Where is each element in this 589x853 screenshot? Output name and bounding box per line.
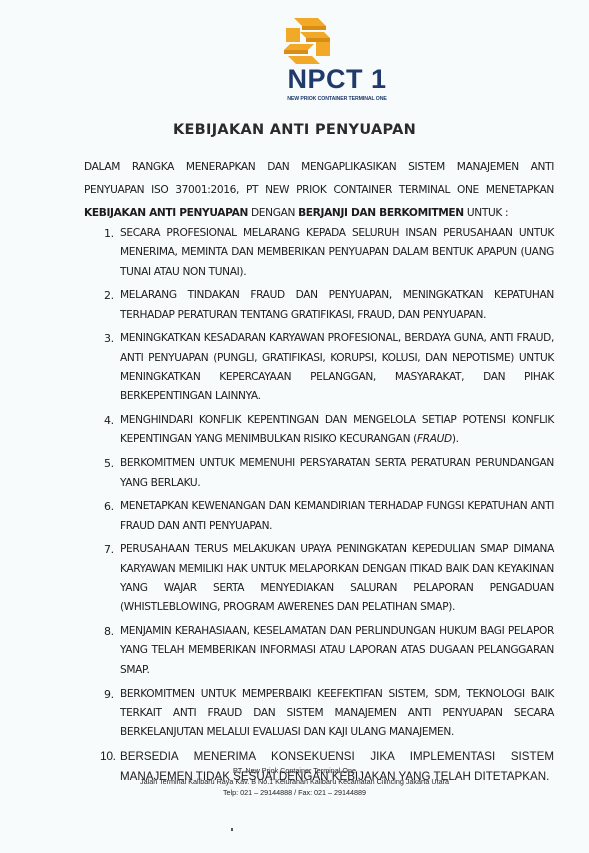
intro-bold-policy: KEBIJAKAN ANTI PENYUAPAN (84, 207, 248, 219)
policy-item: 2.MELARANG TINDAKAN FRAUD DAN PENYUAPAN,… (92, 286, 554, 325)
item-text: SECARA PROFESIONAL MELARANG KEPADA SELUR… (120, 227, 554, 278)
item-text: MENETAPKAN KEWENANGAN DAN KEMANDIRIAN TE… (120, 500, 554, 531)
policy-item: 7.PERUSAHAAN TERUS MELAKUKAN UPAYA PENIN… (92, 540, 554, 617)
item-italic-fraud: FRAUD (417, 433, 452, 445)
logo-tagline: NEW PRIOK CONTAINER TERMINAL ONE (262, 96, 412, 102)
policy-item: 5.BERKOMITMEN UNTUK MEMENUHI PERSYARATAN… (92, 454, 554, 493)
item-text: MENGHINDARI KONFLIK KEPENTINGAN DAN MENG… (120, 414, 554, 445)
policy-item: 6.MENETAPKAN KEWENANGAN DAN KEMANDIRIAN … (92, 497, 554, 536)
item-number: 1. (104, 224, 114, 243)
npct1-cube-logo-icon (280, 16, 336, 66)
policy-item: 8.MENJAMIN KERAHASIAAN, KESELAMATAN DAN … (92, 622, 554, 680)
intro-bold-commitment: BERJANJI DAN BERKOMITMEN (298, 207, 464, 219)
item-number: 3. (104, 329, 114, 348)
item-text: BERKOMITMEN UNTUK MEMPERBAIKI KEEFEKTIFA… (120, 688, 554, 739)
item-number: 9. (104, 685, 114, 704)
policy-items-list: 1.SECARA PROFESIONAL MELARANG KEPADA SEL… (92, 224, 554, 792)
policy-document-page: NPCT 1 NEW PRIOK CONTAINER TERMINAL ONE … (0, 0, 589, 853)
footer-address: Jalan Terminal Kalibaru Raya Kav. B No.1… (0, 776, 589, 787)
item-text-tail: ). (452, 433, 459, 445)
intro-paragraph: DALAM RANGKA MENERAPKAN DAN MENGAPLIKASI… (84, 156, 554, 225)
footer-company: PT. New Priok Container Terminal One (0, 765, 589, 776)
item-text: MENINGKATKAN KESADARAN KARYAWAN PROFESIO… (120, 332, 554, 402)
item-text: PERUSAHAAN TERUS MELAKUKAN UPAYA PENINGK… (120, 543, 554, 613)
scan-speck (231, 828, 233, 831)
document-title: KEBIJAKAN ANTI PENYUAPAN (0, 122, 589, 138)
logo-wordmark: NPCT 1 (262, 64, 412, 94)
policy-item: 3.MENINGKATKAN KESADARAN KARYAWAN PROFES… (92, 329, 554, 406)
item-number: 7. (104, 540, 114, 559)
intro-text: DALAM RANGKA MENERAPKAN DAN MENGAPLIKASI… (84, 161, 554, 196)
item-number: 4. (104, 411, 114, 430)
item-number: 2. (104, 286, 114, 305)
item-text: MENJAMIN KERAHASIAAN, KESELAMATAN DAN PE… (120, 625, 554, 676)
item-number: 5. (104, 454, 114, 473)
item-text: MELARANG TINDAKAN FRAUD DAN PENYUAPAN, M… (120, 289, 554, 320)
item-number: 10. (100, 747, 116, 766)
item-number: 8. (104, 622, 114, 641)
policy-item: 1.SECARA PROFESIONAL MELARANG KEPADA SEL… (92, 224, 554, 282)
footer-contact: Telp: 021 – 29144888 / Fax: 021 – 291448… (0, 787, 589, 798)
company-logo: NPCT 1 NEW PRIOK CONTAINER TERMINAL ONE (262, 14, 402, 106)
item-text: BERKOMITMEN UNTUK MEMENUHI PERSYARATAN S… (120, 457, 554, 488)
policy-item: 4.MENGHINDARI KONFLIK KEPENTINGAN DAN ME… (92, 411, 554, 450)
policy-item: 9.BERKOMITMEN UNTUK MEMPERBAIKI KEEFEKTI… (92, 685, 554, 743)
item-number: 6. (104, 497, 114, 516)
intro-text: UNTUK : (464, 207, 508, 219)
letterhead-footer: PT. New Priok Container Terminal One Jal… (0, 765, 589, 798)
intro-text: DENGAN (248, 207, 298, 219)
